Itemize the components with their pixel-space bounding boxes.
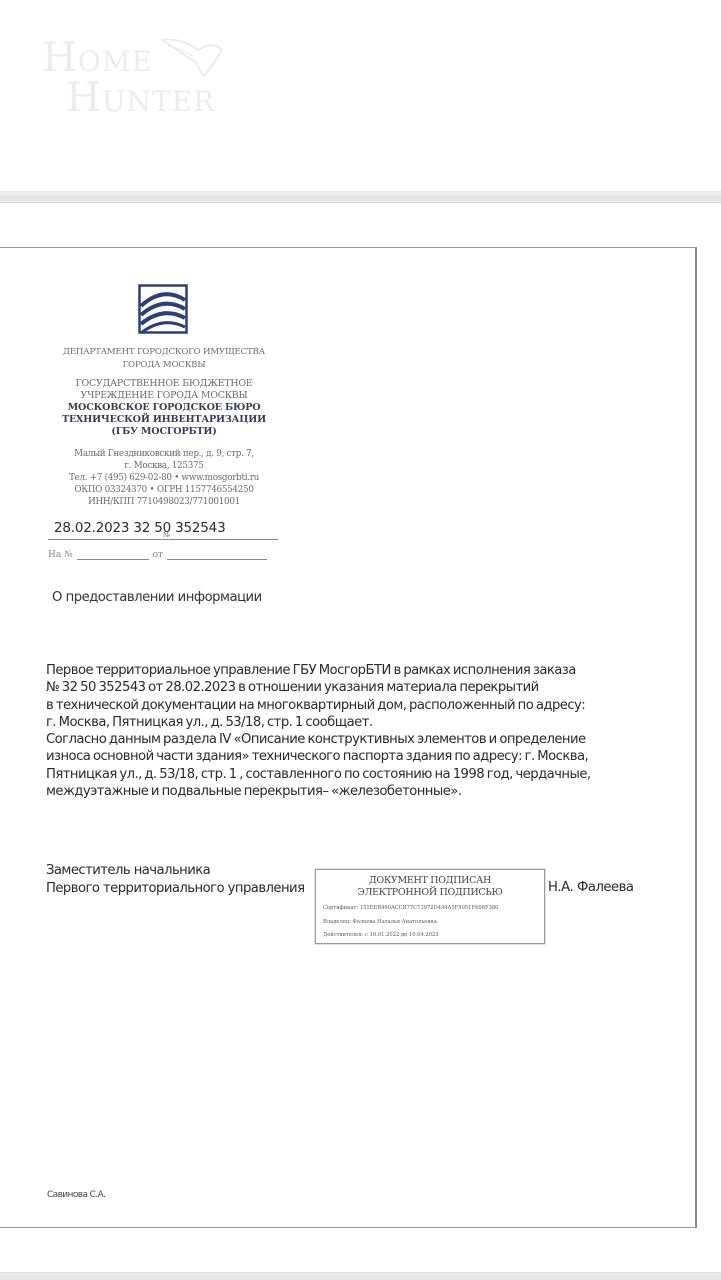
department-name: ДЕПАРТАМЕНТ ГОРОДСКОГО ИМУЩЕСТВА ГОРОДА … [44,346,284,372]
eagle-icon [160,36,230,81]
inn-kpp-line: ИНН/КПП 7710498023/771001001 [44,496,284,508]
viewer-top-divider [0,191,721,203]
stamp-title-line: ДОКУМЕНТ ПОДПИСАН [316,875,544,887]
body-line: Первое территориальное управление ГБУ Мо… [46,662,676,679]
electronic-signature-stamp: ДОКУМЕНТ ПОДПИСАН ЭЛЕКТРОННОЙ ПОДПИСЬЮ С… [315,869,545,944]
institution-line: ГОСУДАРСТВЕННОЕ БЮДЖЕТНОЕ [44,378,284,390]
document-subject: О предоставлении информации [52,590,262,605]
bureau-line: (ГБУ МОСГОРБТИ) [44,426,284,438]
city-line: г. Москва, 125375 [44,460,284,472]
contact-details: Малый Гнездниковский пер., д. 9, стр. 7,… [44,448,284,508]
signer-name: Н.А. Фалеева [548,880,633,895]
stamp-title-line: ЭЛЕКТРОННОЙ ПОДПИСЬЮ [316,887,544,899]
signer-position: Заместитель начальника Первого территори… [46,862,304,897]
bureau-line: МОСКОВСКОЕ ГОРОДСКОЕ БЮРО [44,402,284,414]
stamp-validity: Действителен: с 10.01.2022 до 10.04.2023 [323,932,439,938]
mosgorbti-logo-icon [138,284,188,334]
reference-line: На № от [48,550,267,560]
okpo-ogrn-line: ОКПО 03324370 • ОГРН 1157746554250 [44,484,284,496]
reference-date-blank [167,550,267,560]
watermark-line1: Home [42,36,153,80]
signer-position-line: Заместитель начальника [46,862,304,880]
viewer-bottom-divider [0,1272,721,1280]
home-hunter-watermark: Home Hunter [42,36,242,126]
body-line: междуэтажные и подвальные перекрытия– «ж… [46,783,676,800]
reference-number-blank [77,550,149,560]
department-line: ДЕПАРТАМЕНТ ГОРОДСКОГО ИМУЩЕСТВА [44,346,284,359]
body-line: г. Москва, Пятницкая ул., д. 53/18, стр.… [46,714,676,731]
executor-name: Савинова С.А. [47,1190,105,1200]
signer-position-line: Первого территориального управления [46,880,304,898]
document-body: Первое территориальное управление ГБУ Мо… [46,662,676,800]
institution-name: ГОСУДАРСТВЕННОЕ БЮДЖЕТНОЕ УЧРЕЖДЕНИЕ ГОР… [44,378,284,438]
bureau-line: ТЕХНИЧЕСКОЙ ИНВЕНТАРИЗАЦИИ [44,414,284,426]
phone-web-line: Тел. +7 (495) 629-02-80 • www.mosgorbti.… [44,472,284,484]
reference-na-label: На № [48,550,73,560]
body-line: Согласно данным раздела IV «Описание кон… [46,731,676,748]
body-line: Пятницкая ул., д. 53/18, стр. 1 , состав… [46,766,676,783]
address-line: Малый Гнездниковский пер., д. 9, стр. 7, [44,448,284,460]
number-mark: № [163,531,170,539]
institution-line: УЧРЕЖДЕНИЕ ГОРОДА МОСКВЫ [44,390,284,402]
stamp-title: ДОКУМЕНТ ПОДПИСАН ЭЛЕКТРОННОЙ ПОДПИСЬЮ [316,875,544,899]
stamp-owner: Владелец: Фалеева Наталья Анатольевна [323,919,437,925]
reference-ot-label: от [153,550,163,560]
registration-number: 28.02.2023 32 50 352543 [54,520,225,536]
watermark-line2: Hunter [66,76,215,120]
stamp-certificate: Сертификат: 151EEB490ACCB77C73972D494A5F… [323,905,498,911]
body-line: № 32 50 352543 от 28.02.2023 в отношении… [46,679,676,696]
department-line: ГОРОДА МОСКВЫ [44,359,284,372]
body-line: в технической документации на многокварт… [46,697,676,714]
body-line: износа основной части здания» техническо… [46,748,676,765]
